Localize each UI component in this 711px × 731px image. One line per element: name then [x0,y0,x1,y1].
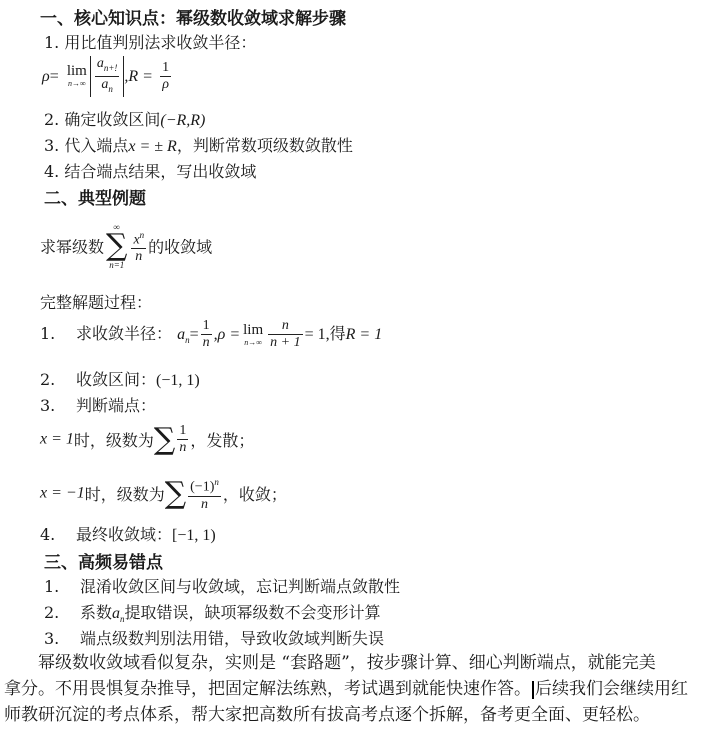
step-1-ratio-test: 1. 用比值判别法求收敛半径： [44,30,256,53]
section-heading-core: 一、核心知识点：幂级数收敛域求解步骤 [40,4,346,29]
text-cursor [532,681,534,699]
conclusion-line-3: 师教研沉淀的考点体系，帮大家把高数所有拔高考点逐个拆解，备考更全面、更轻松。 [4,702,650,728]
sigma-icon: ∑ [154,422,175,457]
fraction-one-over-rho: 1ρ [160,60,171,93]
step-2-interval: 2. 确定收敛区间(−R,R) [44,107,205,130]
mistake-item-2: 2.系数an提取错误，缺项幂级数不会变形计算 [44,600,381,624]
solution-step-2: 2.收敛区间：(−1, 1) [40,367,200,390]
solution-step-3: 3.判断端点： [40,393,156,416]
sigma-icon: ∞∑n=1 [106,222,127,270]
step-4-domain: 4. 结合端点结果，写出收敛域 [44,159,256,182]
solution-label: 完整解题过程： [40,290,152,313]
limit-operator: limn→∞ [67,63,87,89]
example-problem: 求幂级数∞∑n=1xnn的收敛域 [40,222,212,270]
formula-radius: ρ= limn→∞an+!an,R = 1ρ [42,56,173,97]
step-3-endpoints: 3. 代入端点x = ± R，判断常数项级数敛散性 [44,133,353,156]
solution-step-1: 1.求收敛半径： an=1n,ρ =limn→∞nn + 1= 1,得R = 1 [40,318,382,351]
endpoint-x-equals-1: x = 1时，级数为∑1n，发散； [40,422,254,457]
conclusion-line-1: 幂级数收敛域看似复杂，实则是 “套路题”，按步骤计算、细心判断端点，就能完美 [38,650,656,676]
absolute-value: an+!an [90,56,125,97]
conclusion-line-2: 拿分。不用畏惧复杂推导，把固定解法练熟，考试遇到就能快速作答。后续我们会继续用红 [4,676,688,702]
section-heading-examples: 二、典型例题 [44,184,146,209]
solution-step-4: 4.最终收敛域：[−1, 1) [40,522,216,545]
sigma-icon: ∑ [165,476,186,511]
endpoint-x-equals-minus-1: x = −1时，级数为∑(−1)nn，收敛； [40,474,287,513]
section-heading-mistakes: 三、高频易错点 [44,548,163,573]
mistake-item-1: 1.混淆收敛区间与收敛域，忘记判断端点敛散性 [44,574,400,597]
mistake-item-3: 3.端点级数判别法用错，导致收敛域判断失误 [44,626,384,649]
